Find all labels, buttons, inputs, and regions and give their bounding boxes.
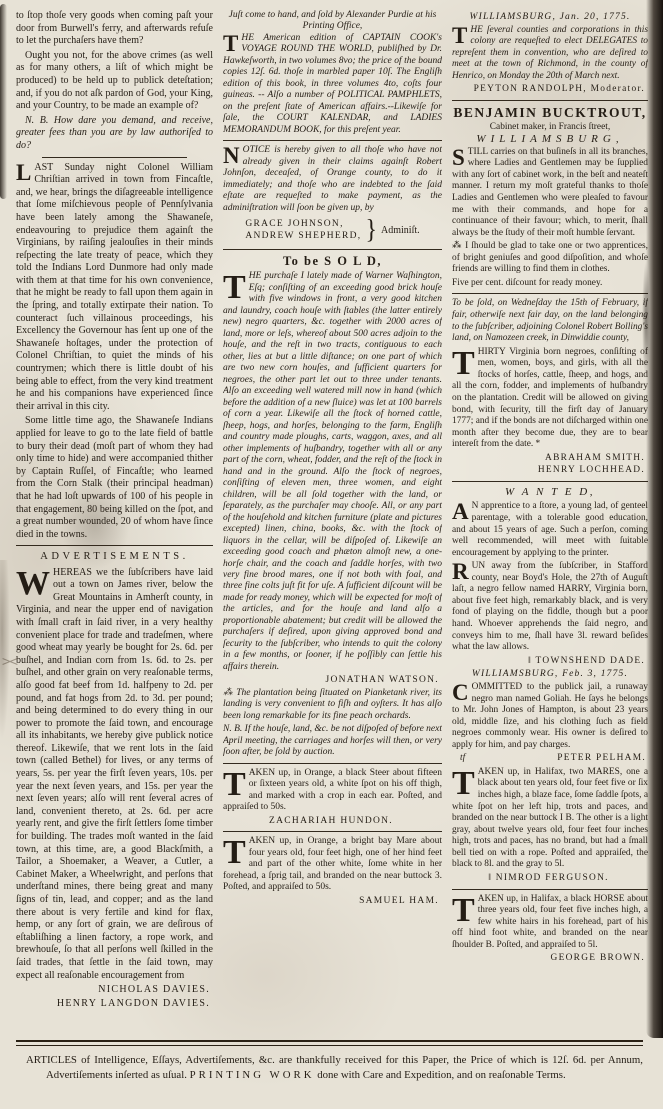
notice-convention: THE ſeveral counties and corporations in… <box>452 25 648 83</box>
drop-cap: L <box>16 162 34 183</box>
article-divider <box>223 831 442 832</box>
drop-cap: A <box>452 501 472 522</box>
bucktrout-name-heading: BENJAMIN BUCKTROUT, <box>452 105 648 122</box>
signature-townshend-dade: ‖ TOWNSHEND DADE. <box>452 656 645 668</box>
ad-bucktrout-discount: Five per cent. diſcount for ready money. <box>452 278 648 290</box>
ad-plantation-note: ⁂ The plantation being ſituated on Piank… <box>223 688 442 722</box>
bucktrout-subtitle: Cabinet maker, in Francis ſtreet, <box>452 122 648 134</box>
column-right: WILLIAMSBURG, Jan. 20, 1775. THE ſeveral… <box>452 10 648 1036</box>
ad-thirty-negroes-intro: To be ſold, on Wedneſday the 15th of Feb… <box>452 298 648 344</box>
drop-cap: T <box>223 836 249 866</box>
drop-cap: T <box>452 894 478 924</box>
committed-signature-row: tf PETER PELHAM. <box>460 753 646 765</box>
signature-andrew-shepherd: ANDREW SHEPHERD, <box>245 231 361 242</box>
signature-jonathan-watson: JONATHAN WATSON. <box>223 675 439 686</box>
signature-henry-lochhead: HENRY LOCHHEAD. <box>452 465 645 477</box>
signature-grace-johnson: GRACE JOHNSON, <box>245 219 361 230</box>
drop-cap: T <box>223 33 241 54</box>
drop-cap: N <box>223 145 243 166</box>
administrators-label: Adminiſt. <box>381 225 420 237</box>
drop-cap: W <box>16 567 53 597</box>
to-be-sold-heading: To be S O L D, <box>223 254 442 269</box>
signature-nimrod-ferguson: ‖ NIMROD FERGUSON. <box>452 873 645 885</box>
ad-cook-voyage-intro: Juſt come to hand, and ſold by Alexander… <box>223 10 442 33</box>
ad-taken-up-steer: TAKEN up, in Orange, a black Steer about… <box>223 768 442 814</box>
footer-printing-work: PRINTING WORK <box>190 1069 315 1081</box>
signature-henry-langdon-davies: HENRY LANGDON DAVIES. <box>16 998 210 1011</box>
newspaper-page: to ſtop thoſe very goods when coming paſ… <box>0 0 663 1109</box>
ad-thirty-negroes: THIRTY Virginia born negroes, conſiſting… <box>452 347 648 451</box>
drop-cap: T <box>452 347 478 377</box>
ad-taken-up-horse: TAKEN up, in Halifax, a black HORSE abou… <box>452 894 648 952</box>
dateline-feb-3: WILLIAMSBURG, Feb. 3, 1775. <box>452 669 648 681</box>
article-divider <box>452 100 648 101</box>
footer-imprint: ARTICLES of Intelligence, Eſſays, Advert… <box>16 1053 643 1083</box>
signature-samuel-ham: SAMUEL HAM. <box>223 896 439 907</box>
dateline-jan-20: WILLIAMSBURG, Jan. 20, 1775. <box>452 12 648 24</box>
signature-peter-pelham: PETER PELHAM. <box>557 753 646 765</box>
drop-cap: C <box>452 682 472 703</box>
ad-bethel-town: WHEREAS we the ſubſcribers have laid out… <box>16 567 213 983</box>
signature-nicholas-davies: NICHOLAS DAVIES. <box>16 984 210 997</box>
ad-wanted-apprentice: AN apprentice to a ſtore, a young lad, o… <box>452 501 648 559</box>
page-footer: ARTICLES of Intelligence, Eſſays, Advert… <box>16 1040 643 1083</box>
letter-continuation-para: to ſtop thoſe very goods when coming paſ… <box>16 10 213 48</box>
ad-nb-auction-note: N. B. If the houſe, land, &c. be not diſ… <box>223 724 442 758</box>
footer-double-rule <box>16 1040 643 1046</box>
signature-peyton-randolph: PEYTON RANDOLPH, Moderator. <box>452 84 645 96</box>
drop-cap: T <box>452 25 470 46</box>
page-edge-shadow-right <box>646 0 663 1038</box>
bucktrout-williamsburg: WILLIAMSBURG, <box>452 133 648 147</box>
paper-smudge <box>0 560 10 740</box>
ad-committed-goliah: COMMITTED to the publick jail, a runaway… <box>452 682 648 751</box>
ad-notice-johnson-estate: NOTICE is hereby given to all thoſe who … <box>223 145 442 214</box>
ad-bucktrout-apprentices-note: ⁂ I ſhould be glad to take one or two ap… <box>452 241 648 276</box>
drop-cap: S <box>452 147 468 168</box>
drop-cap: T <box>223 768 249 798</box>
letter-para: Ought you not, for the above crimes (as … <box>16 50 213 113</box>
article-divider <box>452 481 648 482</box>
news-article-shawanese: LAST Sunday night Colonel William Chriſt… <box>16 162 213 414</box>
ad-washington-estate-sale: THE purchaſe I lately made of Warner Waſ… <box>223 271 442 673</box>
article-divider <box>452 293 648 294</box>
column-middle: Juſt come to hand, and ſold by Alexander… <box>223 10 442 1036</box>
signature-zachariah-hundon: ZACHARIAH HUNDON. <box>223 816 439 827</box>
ink-blot <box>60 480 130 570</box>
drop-cap: T <box>223 271 249 301</box>
notice-signatures: GRACE JOHNSON, ANDREW SHEPHERD, } Admini… <box>223 216 442 245</box>
ad-cook-voyage: THE American edition of CAPTAIN COOK's V… <box>223 33 442 136</box>
article-divider <box>223 763 442 764</box>
letter-nb-para: N. B. How dare you demand, and receive, … <box>16 115 213 153</box>
wanted-heading: W A N T E D, <box>452 486 648 500</box>
article-divider <box>223 140 442 141</box>
article-divider <box>223 249 442 250</box>
article-divider <box>42 157 188 158</box>
ad-runaway-harry: RUN away from the ſubſcriber, in Staffor… <box>452 561 648 654</box>
ad-bucktrout-cabinet-maker: STILL carries on that buſineſs in all it… <box>452 147 648 240</box>
page-edge-shadow-left <box>0 4 7 199</box>
signature-abraham-smith: ABRAHAM SMITH. <box>452 453 645 465</box>
ad-taken-up-mare: TAKEN up, in Orange, a bright bay Mare a… <box>223 836 442 893</box>
ad-taken-up-two-mares: TAKEN up, in Halifax, two MARES, one a b… <box>452 767 648 871</box>
signature-george-brown: GEORGE BROWN. <box>452 953 645 965</box>
tf-mark: tf <box>460 753 465 765</box>
brace-glyph: } <box>366 214 378 247</box>
drop-cap: R <box>452 561 472 582</box>
drop-cap: T <box>452 767 478 797</box>
footer-imprint-part3: done with Care and Expedition, and on re… <box>315 1069 566 1081</box>
article-divider <box>452 889 648 890</box>
handwritten-x-mark <box>2 656 18 668</box>
